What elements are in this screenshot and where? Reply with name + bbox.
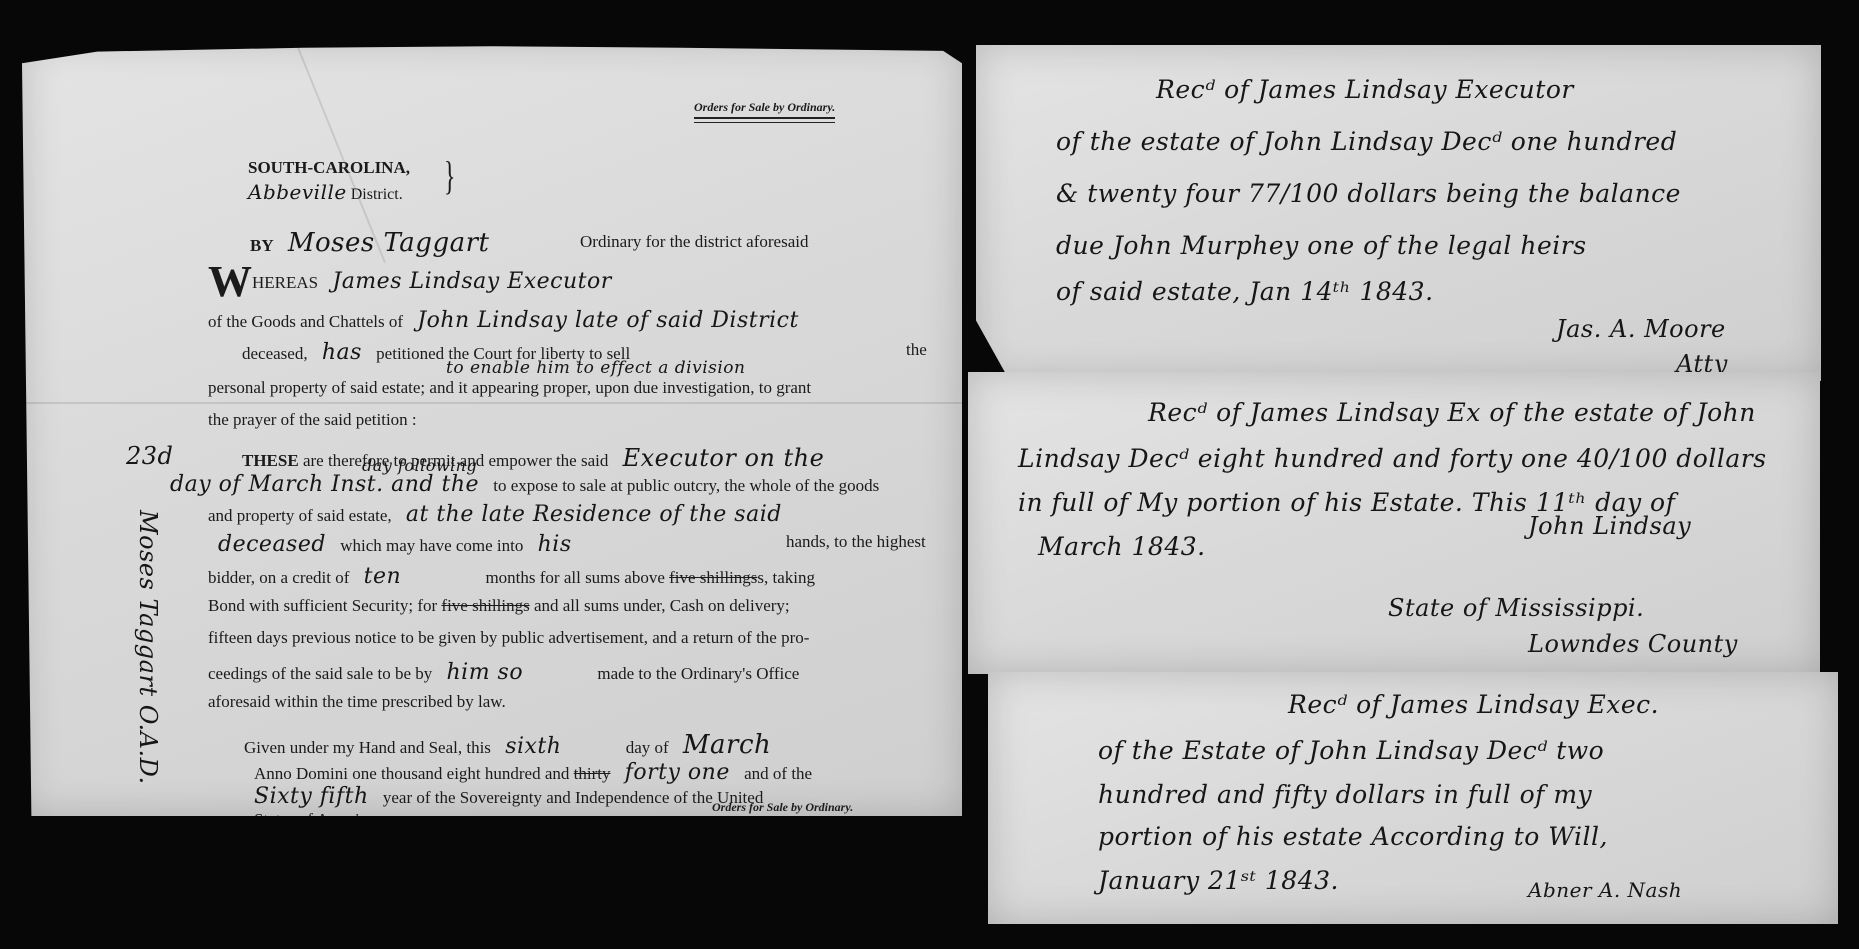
petitioner-name: James Lindsay Executor (332, 269, 611, 294)
jurisdiction-county: Lowndes County (1528, 630, 1738, 658)
fold-line (22, 402, 962, 404)
receipt-line: January 21ˢᵗ 1843. (1098, 866, 1339, 895)
receipt-signature: Jas. A. Moore (1556, 315, 1726, 343)
bond-text: Bond with sufficient Security; for (208, 596, 437, 615)
expose-text: to expose to sale at public outcry, the … (493, 476, 879, 495)
receipt-line: of said estate, Jan 14ᵗʰ 1843. (1056, 277, 1434, 306)
anno-line: Anno Domini one thousand eight hundred a… (254, 760, 812, 785)
these-label: THESE (242, 451, 299, 470)
whereas-line: WHEREAS James Lindsay Executor (208, 262, 622, 302)
given-line: Given under my Hand and Seal, this sixth… (244, 730, 781, 760)
ordinary-name: Moses Taggart (288, 228, 490, 258)
margin-day-number: 23d (126, 442, 173, 470)
brace-glyph: } (444, 156, 456, 196)
form-header-text: Orders for Sale by Ordinary. (694, 100, 835, 114)
months-text: months for all sums above (485, 568, 664, 587)
sale-place-handwritten: at the late Residence of the said (406, 502, 782, 527)
state-heading: SOUTH-CAROLINA, (248, 158, 410, 178)
receipt-line: Recᵈ of James Lindsay Executor (1156, 75, 1574, 104)
receipt-line: portion of his estate According to Will, (1098, 822, 1608, 851)
come-into-text: which may have come into (340, 536, 523, 555)
these-line: THESE are therefore to permit and empowe… (242, 444, 834, 472)
permit-handwritten: Executor on the (623, 444, 825, 472)
taking-text: s, taking (757, 568, 815, 587)
receipt-line: Recᵈ of James Lindsay Exec. (1288, 690, 1659, 719)
by-him-handwritten: him so (447, 660, 524, 685)
credit-months-handwritten: ten (364, 564, 402, 589)
header-double-rule (694, 117, 835, 123)
struck-five-shillings-2: five shillings (441, 596, 529, 615)
sovereignty-text: year of the Sovereignty and Independence… (383, 788, 763, 807)
office-text: made to the Ordinary's Office (597, 664, 799, 683)
aforesaid-line: aforesaid within the time prescribed by … (208, 692, 506, 712)
sovereignty-year-handwritten: Sixty fifth (254, 784, 369, 809)
by-line: BY Moses Taggart Ordinary for the distri… (250, 228, 499, 258)
receipt-line: of the estate of John Lindsay Decᵈ one h… (1056, 127, 1677, 156)
come-into-line: deceased which may have come into his ha… (208, 532, 582, 557)
order-for-sale-form: Orders for Sale by Ordinary. SOUTH-CAROL… (22, 40, 962, 816)
given-text: Given under my Hand and Seal, this (244, 738, 491, 757)
given-month-handwritten: March (683, 730, 771, 760)
receipt-1: Recᵈ of James Lindsay Executor of the es… (976, 45, 1821, 381)
cash-text: and all sums under, Cash on delivery; (534, 596, 790, 615)
deceased-handwritten: deceased (218, 532, 326, 557)
proceedings-text: ceedings of the said sale to be by (208, 664, 432, 683)
whereas-initial: W (208, 257, 252, 306)
states-line: States of America. (254, 810, 379, 830)
prayer-line: the prayer of the said petition : (208, 410, 417, 430)
has-handwritten: has (322, 340, 362, 365)
receipt-line: Lindsay Decᵈ eight hundred and forty one… (1018, 444, 1767, 473)
receipt-signature: John Lindsay (1528, 512, 1691, 540)
receipt-signature: Abner A. Nash (1528, 878, 1682, 902)
the-label: the (906, 340, 927, 360)
day-following-handwritten: day following (362, 456, 477, 475)
form-footer-tag: Orders for Sale by Ordinary. (712, 800, 853, 815)
form-header-tag: Orders for Sale by Ordinary. (694, 100, 835, 123)
proceedings-line: ceedings of the said sale to be by him s… (208, 660, 799, 685)
struck-five-shillings: five shillings (669, 568, 757, 587)
interlineation-text: to enable him to effect a division (446, 358, 745, 378)
and-of-the-text: and of the (744, 764, 812, 783)
bidder-text: bidder, on a credit of (208, 568, 349, 587)
personal-property-line: personal property of said estate; and it… (208, 378, 811, 398)
interlineation: to enable him to effect a division (436, 358, 755, 378)
goods-label: of the Goods and Chattels of (208, 312, 403, 331)
hands-text: hands, to the highest (786, 532, 926, 552)
day-of-text: day of (626, 738, 669, 757)
district-label: District. (351, 186, 403, 203)
receipt-line: of the Estate of John Lindsay Decᵈ two (1098, 736, 1604, 765)
margin-signature: Moses Taggart O.A.D. (134, 510, 162, 785)
receipt-line: due John Murphey one of the legal heirs (1056, 231, 1587, 260)
whereas-rest: HEREAS (252, 273, 318, 292)
deceased-name: John Lindsay late of said District (417, 308, 799, 333)
anno-text: Anno Domini one thousand eight hundred a… (254, 764, 569, 783)
receipt-line: Recᵈ of James Lindsay Ex of the estate o… (1148, 398, 1756, 427)
property-line: and property of said estate, at the late… (208, 502, 792, 527)
district-line: Abbeville District. (248, 180, 403, 204)
year-handwritten: forty one (625, 760, 730, 785)
goods-line: of the Goods and Chattels of John Lindsa… (208, 308, 809, 333)
notice-line: fifteen days previous notice to be given… (208, 628, 809, 648)
district-name: Abbeville (248, 180, 347, 204)
receipt-2: Recᵈ of James Lindsay Ex of the estate o… (968, 372, 1820, 674)
ordinary-label: Ordinary for the district aforesaid (580, 232, 808, 252)
bond-line: Bond with sufficient Security; for five … (208, 596, 790, 616)
struck-year: thirty (574, 764, 611, 783)
bidder-line: bidder, on a credit of ten months for al… (208, 564, 815, 589)
by-label: BY (250, 236, 274, 255)
day-following-note: day following (352, 456, 487, 476)
property-text: and property of said estate, (208, 506, 392, 525)
receipt-3: Recᵈ of James Lindsay Exec. of the Estat… (988, 672, 1838, 924)
receipt-line: March 1843. (1038, 532, 1206, 561)
jurisdiction-state: State of Mississippi. (1388, 594, 1644, 622)
sale-day-line: day of March Inst. and the to expose to … (160, 472, 879, 497)
given-day-handwritten: sixth (505, 734, 561, 759)
sovereignty-line: Sixty fifth year of the Sovereignty and … (254, 784, 763, 809)
receipt-line: hundred and fifty dollars in full of my (1098, 780, 1592, 809)
receipt-line: & twenty four 77/100 dollars being the b… (1056, 179, 1681, 208)
deceased-label: deceased, (242, 344, 308, 363)
his-handwritten: his (538, 532, 572, 557)
